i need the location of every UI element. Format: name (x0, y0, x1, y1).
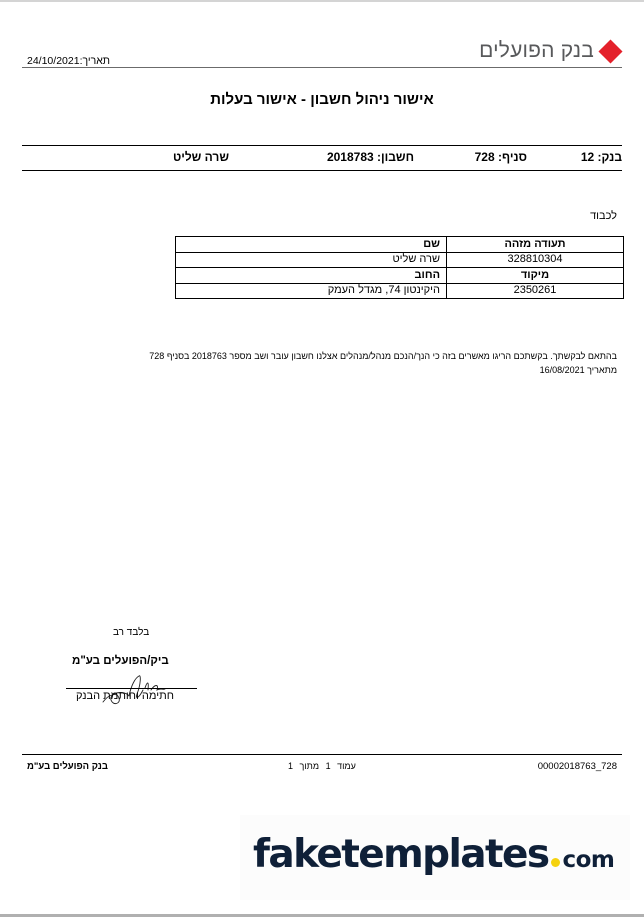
salutation: לכבוד (590, 210, 617, 222)
document-reference: 00002018763_728 (538, 761, 617, 772)
table-row: 328810304 שרה שליט (176, 252, 624, 268)
footer-divider (22, 754, 622, 755)
watermark-tld: com (562, 847, 614, 873)
confirmation-body: בהתאם לבקשתך. בקשתכם הריגו מאשרים בזה כי… (127, 349, 617, 377)
page-indicator: עמוד 1 מתוך 1 (288, 761, 356, 771)
document-date: תאריך:24/10/2021 (27, 55, 110, 67)
branch-number: סניף: 728 (475, 150, 527, 164)
name-value: שרה שליט (176, 252, 447, 268)
header-divider (22, 67, 622, 68)
street-header: החוב (176, 268, 447, 284)
diamond-logo-icon (598, 39, 622, 63)
confirmation-line-1: בהתאם לבקשתך. בקשתכם הריגו מאשרים בזה כי… (127, 349, 617, 363)
signature-line (66, 688, 197, 689)
watermark-dot-icon (551, 858, 560, 867)
table-header-row: מיקוד החוב (176, 268, 624, 284)
name-header: שם (176, 237, 447, 253)
bank-logo-text: בנק הפועלים (479, 39, 594, 63)
account-number: חשבון: 2018783 (327, 150, 414, 164)
footer-company: בנק הפועלים בע"מ (27, 761, 108, 772)
signature-note: בלבד רב (113, 627, 149, 638)
id-number-value: 328810304 (447, 252, 624, 268)
bank-number: בנק: 12 (581, 150, 622, 164)
account-holder-name: שרה שליט (173, 150, 229, 164)
account-strip-bottom-rule (22, 170, 622, 171)
signature-company: ביק/הפועלים בע"מ (72, 655, 169, 667)
id-number-header: תעודה מזהה (447, 237, 624, 253)
customer-details-table: תעודה מזהה שם 328810304 שרה שליט מיקוד ה… (175, 236, 624, 299)
zip-code-header: מיקוד (447, 268, 624, 284)
bank-logo: בנק הפועלים (479, 38, 622, 64)
watermark-text: faketemplates (253, 832, 548, 877)
signature-caption: חתימה וחותמת הבנק (76, 690, 174, 702)
page-top-edge (0, 0, 644, 2)
address-value: היקינטון 74, מגדל העמק (176, 283, 447, 299)
table-row: 2350261 היקינטון 74, מגדל העמק (176, 283, 624, 299)
document-title: אישור ניהול חשבון - אישור בעלות (0, 91, 644, 108)
table-header-row: תעודה מזהה שם (176, 237, 624, 253)
confirmation-line-2: מתאריך 16/08/2021 (127, 363, 617, 377)
account-strip-top-rule (22, 145, 622, 146)
zip-code-value: 2350261 (447, 283, 624, 299)
watermark: faketemplatescom (253, 832, 614, 877)
